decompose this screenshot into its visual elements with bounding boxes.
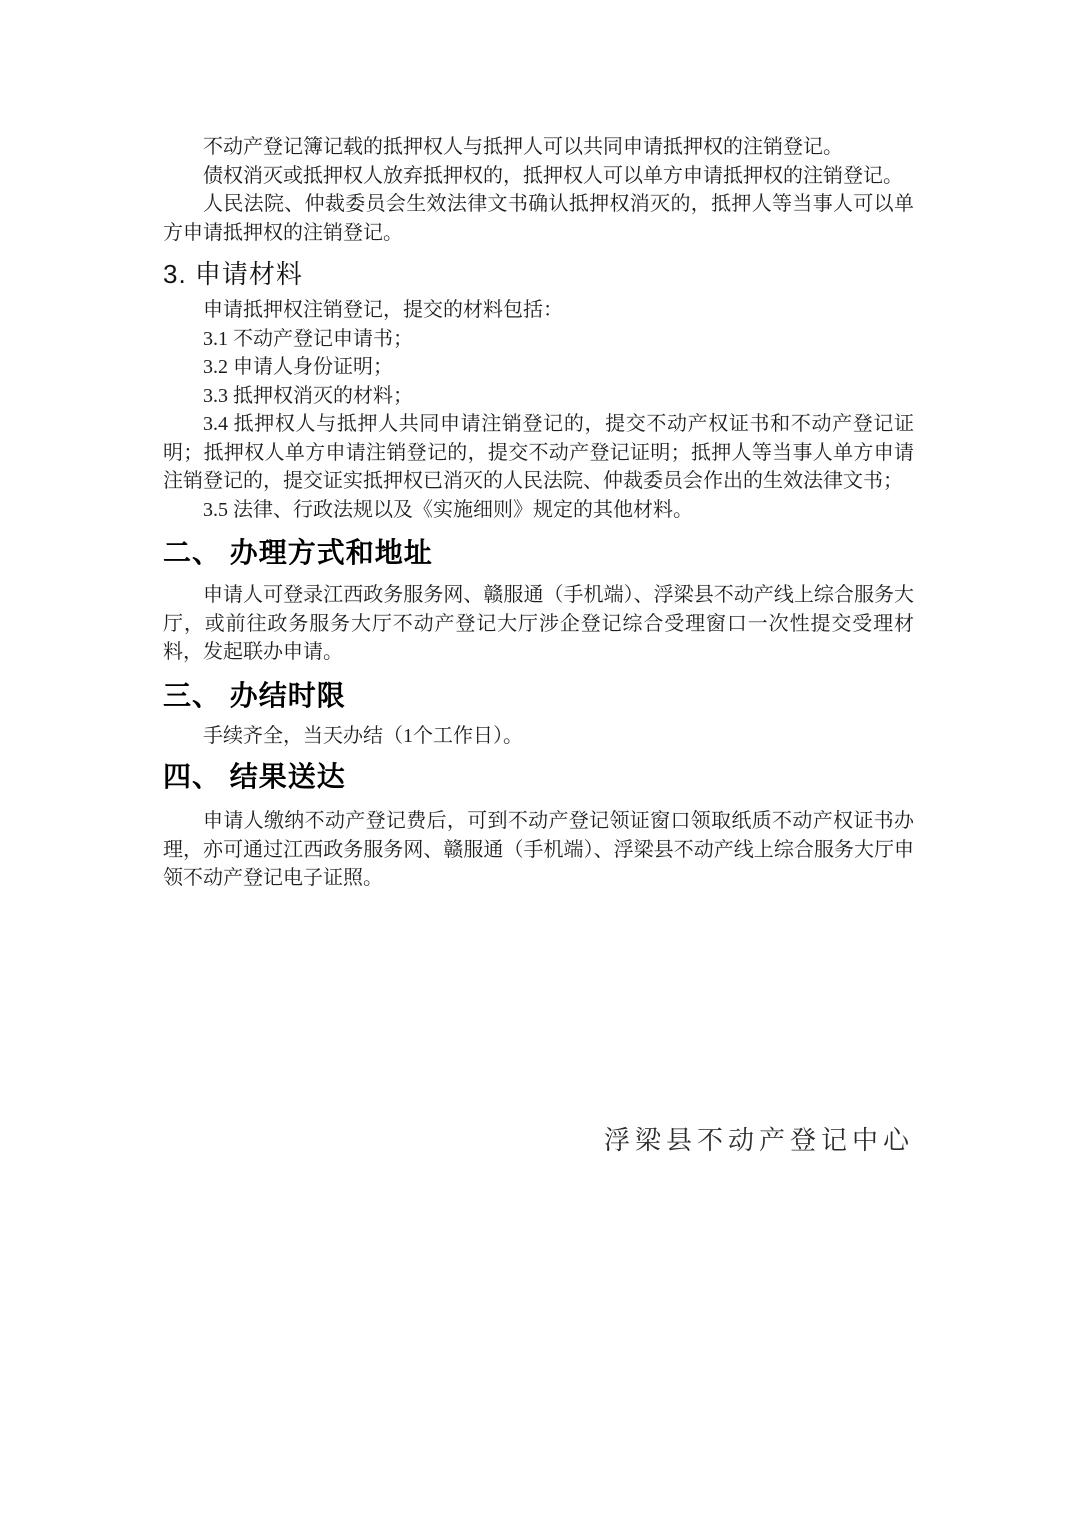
- deadline-paragraph: 手续齐全，当天办结（1个工作日）。: [163, 722, 914, 751]
- section-heading-application-materials: 3. 申请材料: [163, 259, 914, 289]
- document-page: 不动产登记簿记载的抵押权人与抵押人可以共同申请抵押权的注销登记。 债权消灭或抵押…: [0, 0, 1074, 1520]
- materials-item-4: 3.4 抵押权人与抵押人共同申请注销登记的，提交不动产权证书和不动产登记证明；抵…: [163, 410, 914, 496]
- materials-lead-paragraph: 申请抵押权注销登记，提交的材料包括：: [163, 296, 914, 325]
- materials-item-1: 3.1 不动产登记申请书；: [163, 325, 914, 354]
- signature-issuing-authority: 浮梁县不动产登记中心: [163, 1123, 914, 1159]
- section-heading-result-delivery: 四、 结果送达: [163, 760, 914, 794]
- delivery-paragraph: 申请人缴纳不动产登记费后，可到不动产登记领证窗口领取纸质不动产权证书办理，亦可通…: [163, 807, 914, 893]
- section-heading-processing-time: 三、 办结时限: [163, 679, 914, 713]
- materials-item-2: 3.2 申请人身份证明；: [163, 353, 914, 382]
- method-paragraph: 申请人可登录江西政务服务网、赣服通（手机端）、浮梁县不动产线上综合服务大厅，或前…: [163, 581, 914, 667]
- section-heading-method-and-address: 二、 办理方式和地址: [163, 536, 914, 570]
- materials-item-3: 3.3 抵押权消灭的材料；: [163, 382, 914, 411]
- materials-item-5: 3.5 法律、行政法规以及《实施细则》规定的其他材料。: [163, 496, 914, 525]
- intro-paragraph-1: 不动产登记簿记载的抵押权人与抵押人可以共同申请抵押权的注销登记。: [163, 133, 914, 162]
- intro-paragraph-3: 人民法院、仲裁委员会生效法律文书确认抵押权消灭的，抵押人等当事人可以单方申请抵押…: [163, 190, 914, 247]
- intro-paragraph-2: 债权消灭或抵押权人放弃抵押权的，抵押权人可以单方申请抵押权的注销登记。: [163, 162, 914, 191]
